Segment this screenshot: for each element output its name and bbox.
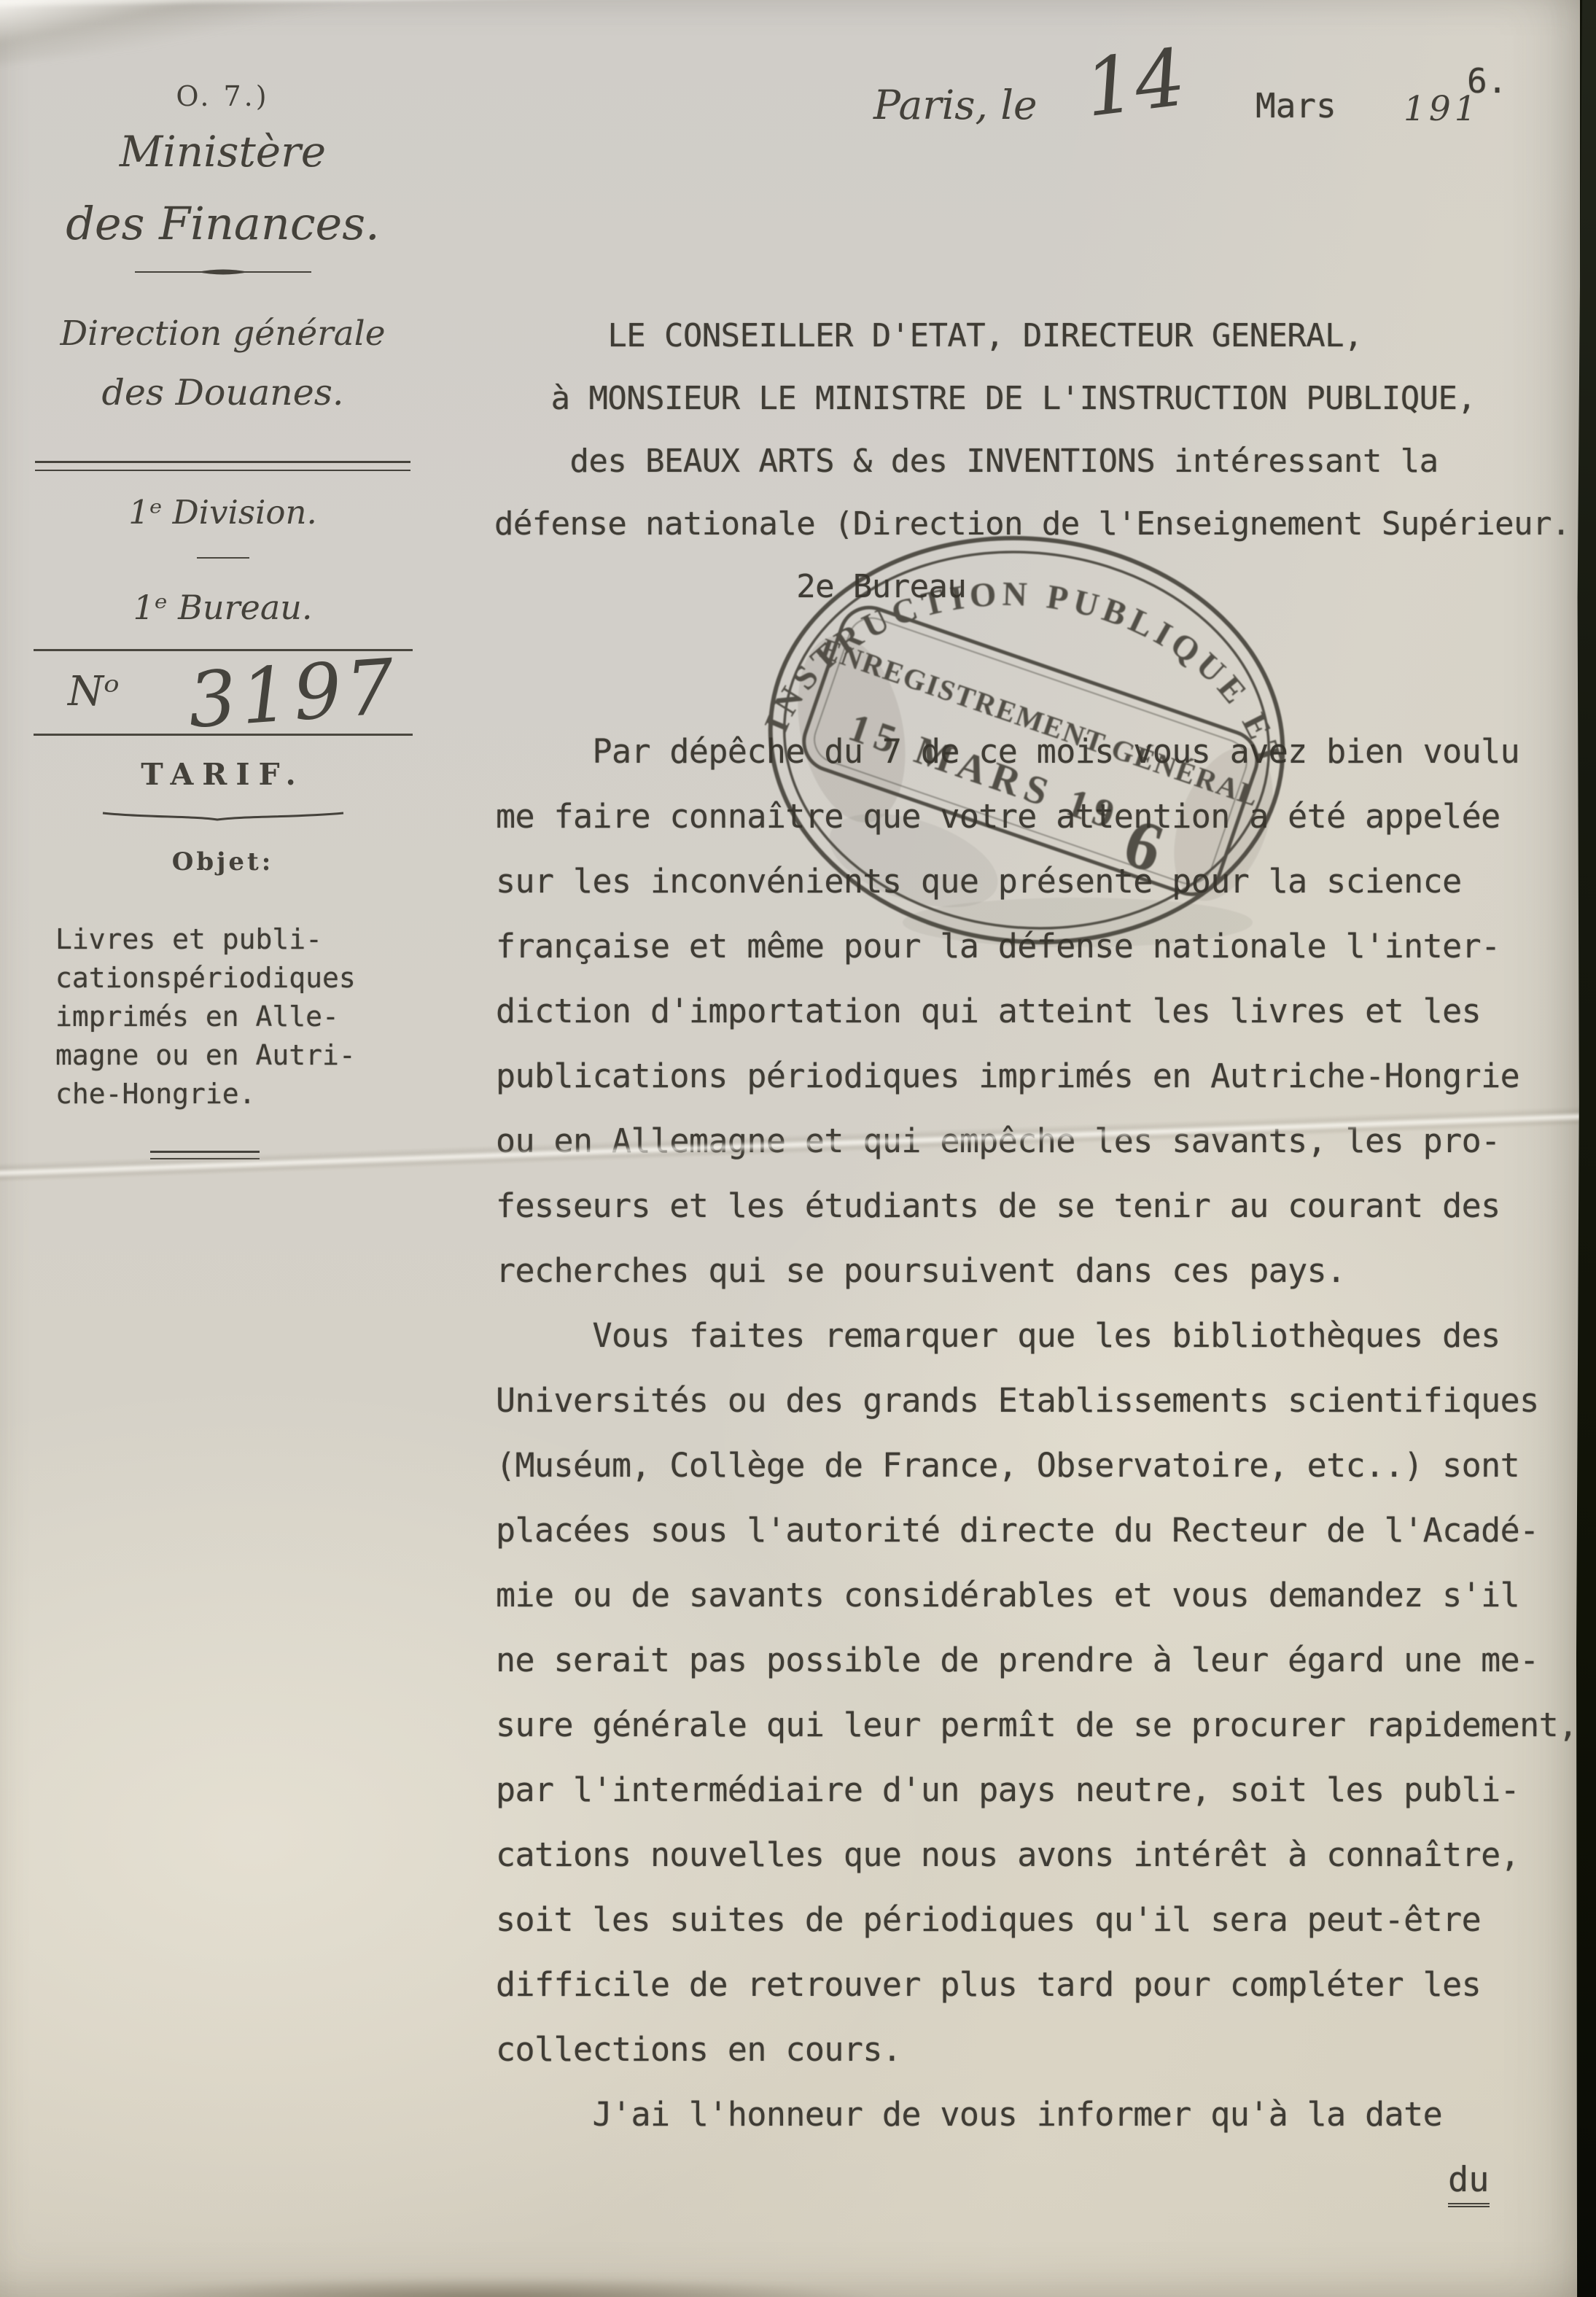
dateline-month: Mars [1256,86,1336,125]
bottom-edge-shadow [109,2277,875,2297]
dateline-day-handwritten: 14 [1080,32,1191,135]
direction-line1: Direction générale [13,314,432,354]
division-line: 1ᵉ Division. [13,493,432,532]
tarif-heading: TARIF. [13,757,432,792]
dossier-number-handwritten: 3197 [185,642,401,745]
objet-label: Objet: [13,847,432,877]
letterhead: O. 7.) Ministère des Finances. Direction… [13,73,432,1196]
brace-divider [99,808,347,823]
bureau-line: 1ᵉ Bureau. [13,588,432,627]
scanned-letter-page: O. 7.) Ministère des Finances. Direction… [0,0,1596,2297]
dateline-year-suffix: 6. [1467,61,1507,101]
ornament-divider [132,267,314,277]
catchword: du [1448,2160,1490,2207]
ministry-name-line1: Ministère [13,127,432,176]
objet-text: Livres et publi- cationspériodiques impr… [55,920,356,1113]
stamp-date-suffix: 6 [1115,802,1173,887]
double-rule [35,461,410,471]
top-left-fold-shadow [0,0,392,66]
registry-stamp: INSTRUCTION PUBLIQUE ET ENREGISTREMENT G… [742,510,1296,963]
paper-sheet: O. 7.) Ministère des Finances. Direction… [0,0,1580,2297]
form-reference: O. 7.) [13,80,432,112]
dateline-place: Paris, le [873,82,1038,128]
small-divider [197,557,249,559]
ministry-name-line2: des Finances. [13,197,432,250]
direction-line2: des Douanes. [13,372,432,413]
number-label: Nᵒ [68,668,120,715]
